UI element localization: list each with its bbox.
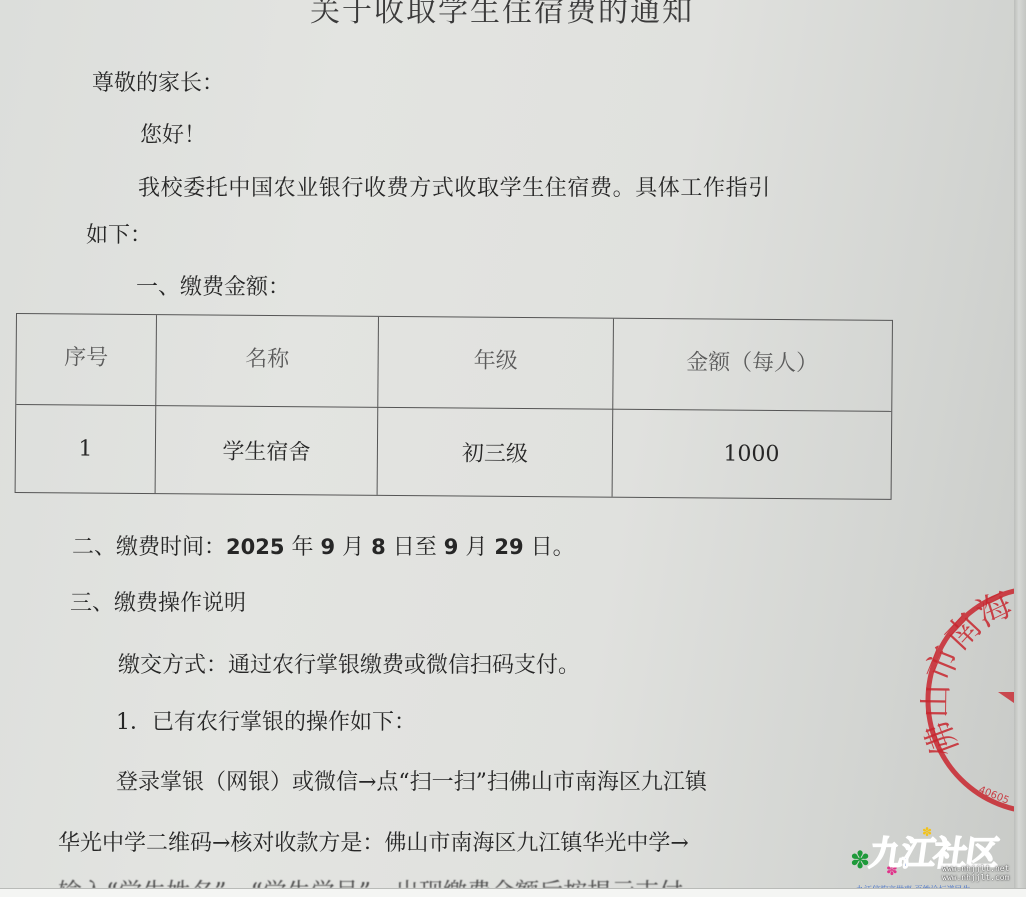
month-unit: 月 (335, 535, 371, 560)
section2-suffix: 日。 (524, 535, 575, 560)
header-grade: 年级 (378, 317, 614, 409)
payment-method: 缴交方式：通过农行掌银缴费或微信扫码支付。 (118, 648, 580, 679)
cell-grade: 初三级 (378, 407, 614, 497)
period-year: 2025 (226, 535, 284, 559)
section3-heading: 三、缴费操作说明 (70, 586, 246, 617)
official-seal-stamp: 佛山市南海区九 40605 (920, 580, 1026, 820)
month-unit-2: 月 (458, 535, 494, 560)
document-photo: 关于收取学生住宿费的通知 尊敬的家长： 您好！ 我校委托中国农业银行收费方式收取… (0, 0, 1026, 897)
page-fold-shadow (1014, 0, 1026, 897)
watermark-url-net: www.nhjjlt.net (942, 864, 1009, 873)
cell-amount: 1000 (613, 409, 891, 499)
section2-payment-period: 二、缴费时间：2025 年 9 月 8 日至 9 月 29 日。 (72, 530, 575, 561)
step1-heading: 1．已有农行掌银的操作如下： (116, 705, 416, 736)
image-bottom-edge (0, 888, 1026, 897)
step1-line1: 登录掌银（网银）或微信→点“扫一扫”扫佛山市南海区九江镇 (116, 765, 707, 796)
table-row: 1 学生宿舍 初三级 1000 (16, 404, 892, 499)
watermark-url-com: www.nhjjlt.com (942, 873, 1009, 882)
greeting: 您好！ (140, 118, 206, 149)
to-text: 日至 (386, 535, 444, 560)
header-name: 名称 (156, 315, 379, 407)
notice-title: 关于收取学生住宿费的通知 (310, 0, 694, 30)
year-unit: 年 (284, 535, 320, 560)
section1-heading: 一、缴费金额： (136, 270, 290, 301)
step1-line3-cut-off: 输入“学生姓名”、“学生学号”，出现缴费金额后按提示支付 (58, 872, 683, 888)
end-day: 29 (494, 535, 523, 559)
fee-table-header-row: 序号 名称 年级 金额（每人） (16, 314, 892, 412)
intro-paragraph-line2: 如下： (86, 218, 152, 249)
header-amount: 金额（每人） (613, 319, 891, 411)
watermark-logo: ✽ ✽ ✽ 九江社区 www.nhjjlt.net www.nhjjlt.com… (850, 826, 1026, 894)
salutation: 尊敬的家长： (92, 66, 224, 97)
start-day: 8 (371, 535, 386, 559)
header-index: 序号 (16, 314, 157, 405)
step1-line2: 华光中学二维码→核对收款方是：佛山市南海区九江镇华光中学→ (58, 826, 689, 857)
start-month: 9 (320, 535, 335, 559)
fee-table: 序号 名称 年级 金额（每人） 1 学生宿舍 初三级 1000 (15, 313, 893, 500)
cell-index: 1 (16, 404, 157, 493)
section2-prefix: 二、缴费时间： (72, 535, 226, 560)
intro-paragraph-line1: 我校委托中国农业银行收费方式收取学生住宿费。具体工作指引 (138, 171, 771, 202)
end-month: 9 (444, 535, 459, 559)
cell-name: 学生宿舍 (156, 405, 379, 495)
